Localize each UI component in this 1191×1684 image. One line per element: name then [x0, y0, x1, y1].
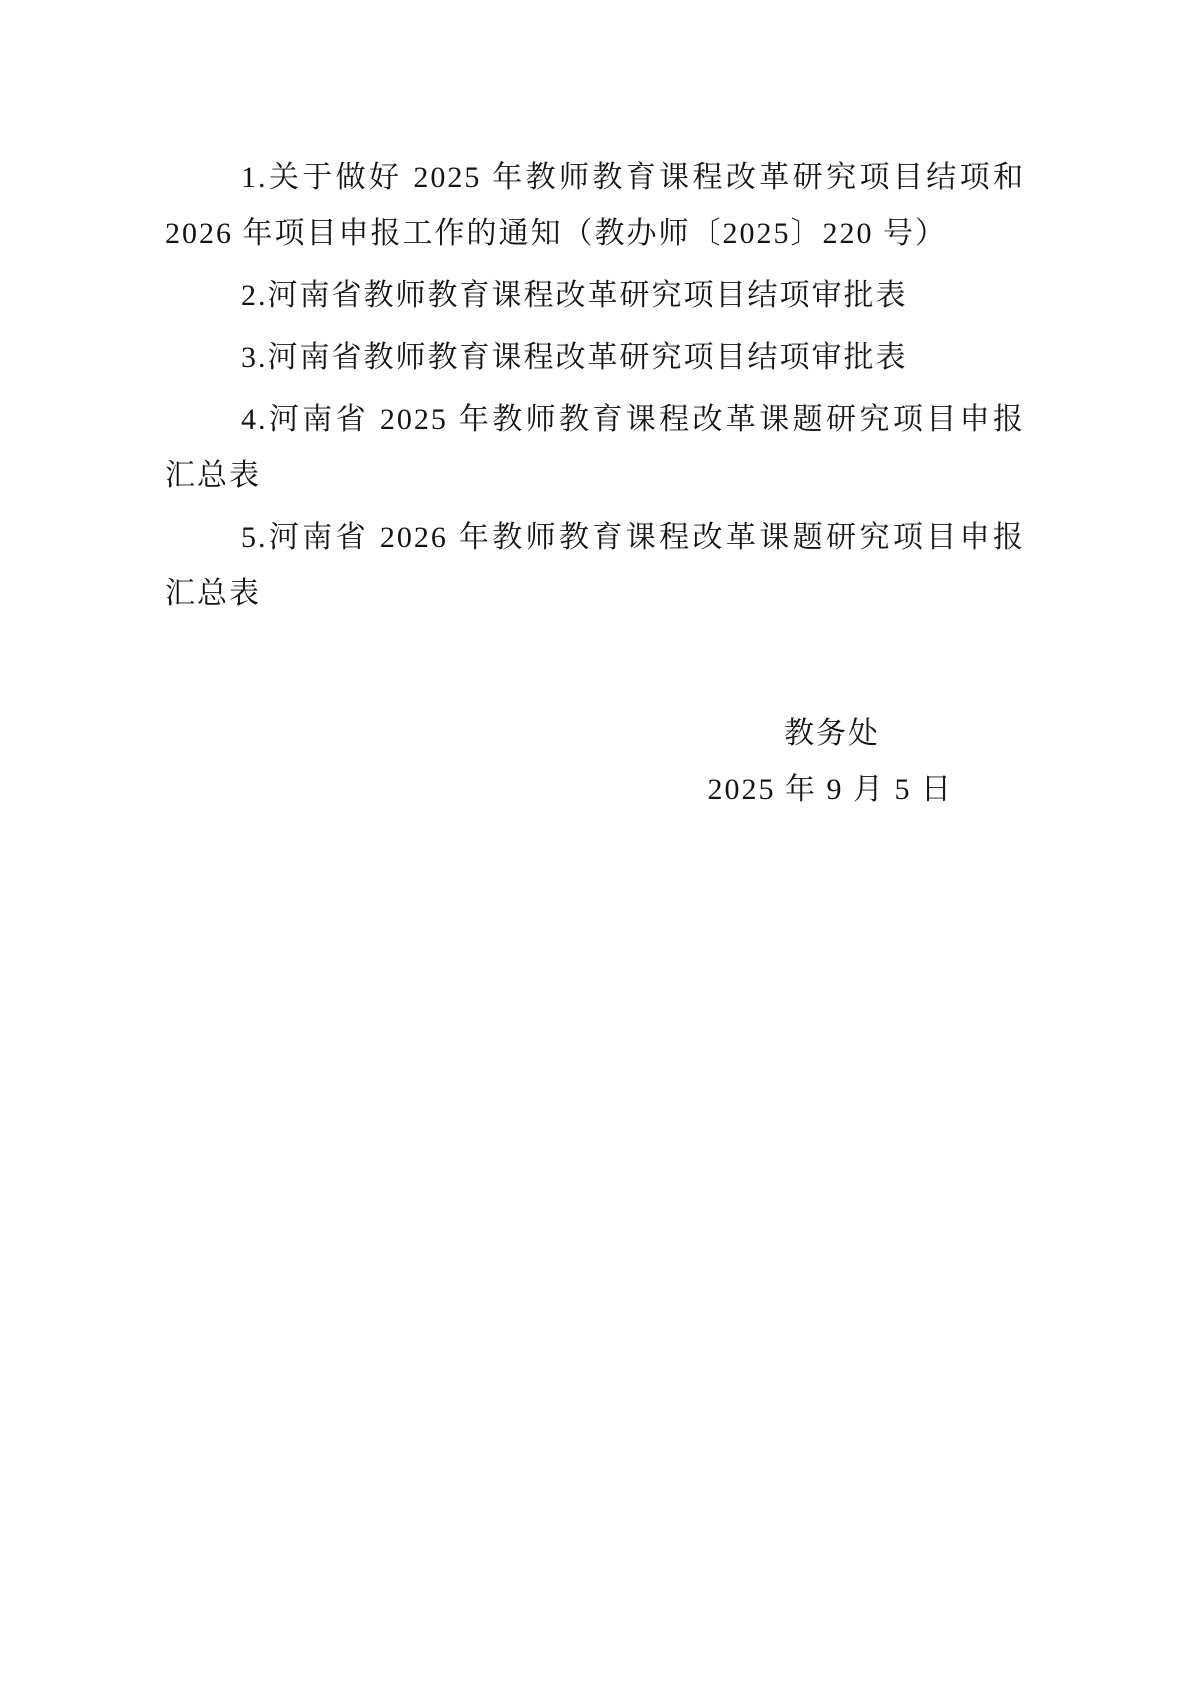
attachment-item-5-line-2: 汇总表	[165, 566, 1025, 622]
signature-date: 2025 年 9 月 5 日	[165, 762, 1025, 818]
attachment-item-4-line-2: 汇总表	[165, 448, 1025, 504]
attachment-item-3-line-1: 3.河南省教师教育课程改革研究项目结项审批表	[165, 330, 1025, 386]
attachment-item-5: 5.河南省 2026 年教师教育课程改革课题研究项目申报 汇总表	[165, 510, 1025, 622]
attachment-item-2-line-1: 2.河南省教师教育课程改革研究项目结项审批表	[165, 268, 1025, 324]
attachment-list: 1.关于做好 2025 年教师教育课程改革研究项目结项和 2026 年项目申报工…	[165, 150, 1025, 818]
attachment-item-1: 1.关于做好 2025 年教师教育课程改革研究项目结项和 2026 年项目申报工…	[165, 150, 1025, 262]
attachment-item-3: 3.河南省教师教育课程改革研究项目结项审批表	[165, 330, 1025, 386]
attachment-item-1-line-1: 1.关于做好 2025 年教师教育课程改革研究项目结项和	[165, 150, 1025, 206]
signature-department: 教务处	[165, 706, 1025, 762]
document-page: 1.关于做好 2025 年教师教育课程改革研究项目结项和 2026 年项目申报工…	[0, 0, 1191, 1684]
signature-block: 教务处 2025 年 9 月 5 日	[165, 706, 1025, 818]
attachment-item-2: 2.河南省教师教育课程改革研究项目结项审批表	[165, 268, 1025, 324]
attachment-item-4-line-1: 4.河南省 2025 年教师教育课程改革课题研究项目申报	[165, 392, 1025, 448]
attachment-item-1-line-2: 2026 年项目申报工作的通知（教办师〔2025〕220 号）	[165, 206, 1025, 262]
attachment-item-5-line-1: 5.河南省 2026 年教师教育课程改革课题研究项目申报	[165, 510, 1025, 566]
attachment-item-4: 4.河南省 2025 年教师教育课程改革课题研究项目申报 汇总表	[165, 392, 1025, 504]
